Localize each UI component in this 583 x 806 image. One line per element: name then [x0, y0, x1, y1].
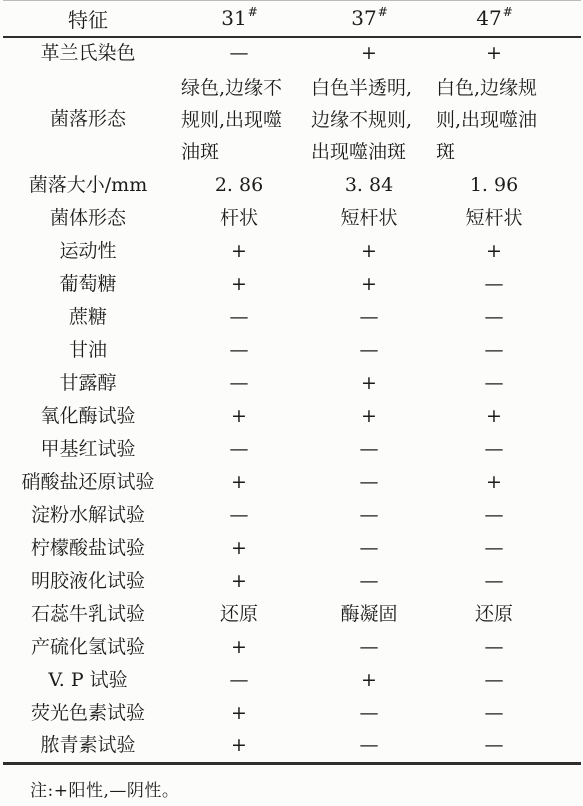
row-label: 蔗糖	[3, 302, 173, 335]
cell-value: —	[433, 500, 581, 533]
cell-text: —	[360, 504, 379, 526]
cell-value: —	[305, 533, 433, 566]
table-row: V. P 试验—+—	[3, 665, 581, 698]
row-label: 柠檬酸盐试验	[3, 533, 173, 566]
table-row: 革兰氏染色—++	[3, 37, 581, 70]
table-row: 产硫化氢试验+——	[3, 632, 581, 665]
cell-value: +	[173, 632, 305, 665]
cell-text: +	[231, 537, 247, 559]
row-label: 甘油	[3, 335, 173, 368]
cell-value: +	[305, 269, 433, 302]
row-label: 运动性	[3, 236, 173, 269]
cell-value: 杆状	[173, 203, 305, 236]
cell-text: —	[360, 702, 379, 724]
cell-text: —	[360, 438, 379, 460]
table-row: 脓青素试验+——	[3, 731, 581, 764]
cell-text: +	[486, 42, 502, 64]
cell-text: —	[360, 339, 379, 361]
cell-text: +	[231, 734, 247, 756]
cell-text: —	[485, 570, 504, 592]
cell-value: —	[433, 302, 581, 335]
cell-value: —	[305, 335, 433, 368]
cell-value: +	[305, 37, 433, 70]
cell-value: 1. 96	[433, 170, 581, 203]
cell-value: —	[173, 335, 305, 368]
cell-value: —	[433, 368, 581, 401]
cell-value: 白色,边缘规则,出现噬油斑	[433, 70, 581, 170]
cell-text: +	[231, 570, 247, 592]
hash-superscript: #	[248, 5, 258, 19]
cell-text: 短杆状	[465, 207, 522, 229]
cell-value: +	[173, 236, 305, 269]
cell-value: —	[433, 434, 581, 467]
cell-value: 还原	[433, 599, 581, 632]
cell-value: 短杆状	[433, 203, 581, 236]
cell-value: —	[305, 467, 433, 500]
cell-text: —	[230, 372, 249, 394]
cell-text: 还原	[475, 603, 513, 625]
cell-text: —	[485, 734, 504, 756]
strain-characteristics-table: 特征 31#37#47# 革兰氏染色—++菌落形态绿色,边缘不规则,出现噬油斑白…	[3, 0, 581, 765]
hash-superscript: #	[378, 5, 388, 19]
cell-value: —	[305, 731, 433, 764]
cell-text: —	[230, 504, 249, 526]
row-label: 革兰氏染色	[3, 37, 173, 70]
cell-text: —	[230, 339, 249, 361]
hash-superscript: #	[503, 5, 513, 19]
cell-text: 绿色,边缘不规则,出现噬油斑	[181, 72, 297, 168]
cell-text: +	[486, 471, 502, 493]
cell-value: —	[305, 500, 433, 533]
cell-text: 短杆状	[340, 207, 397, 229]
cell-text: —	[360, 471, 379, 493]
table-row: 甘油———	[3, 335, 581, 368]
cell-text: —	[360, 537, 379, 559]
cell-text: —	[360, 306, 379, 328]
cell-value: —	[433, 566, 581, 599]
cell-value: —	[433, 632, 581, 665]
table-row: 荧光色素试验+——	[3, 698, 581, 731]
table-body: 革兰氏染色—++菌落形态绿色,边缘不规则,出现噬油斑白色半透明,边缘不规则,出现…	[3, 37, 581, 764]
row-label: 明胶液化试验	[3, 566, 173, 599]
cell-text: 白色,边缘规则,出现噬油斑	[436, 72, 552, 168]
cell-value: —	[305, 434, 433, 467]
paper-page: 特征 31#37#47# 革兰氏染色—++菌落形态绿色,边缘不规则,出现噬油斑白…	[0, 0, 583, 806]
cell-text: 白色半透明,边缘不规则,出现噬油斑	[311, 72, 427, 168]
cell-text: —	[485, 636, 504, 658]
table-note: 注:+阳性,—阴性。	[30, 776, 583, 801]
cell-value: +	[433, 236, 581, 269]
cell-text: +	[361, 372, 377, 394]
cell-text: —	[485, 537, 504, 559]
cell-value: 白色半透明,边缘不规则,出现噬油斑	[305, 70, 433, 170]
strain-number: 31	[221, 6, 246, 30]
cell-text: —	[485, 702, 504, 724]
cell-value: —	[433, 665, 581, 698]
cell-value: —	[433, 698, 581, 731]
cell-value: 3. 84	[305, 170, 433, 203]
row-label: 菌体形态	[3, 203, 173, 236]
cell-text: +	[361, 669, 377, 691]
cell-text: +	[361, 240, 377, 262]
cell-value: +	[305, 236, 433, 269]
cell-text: 2. 86	[215, 174, 263, 196]
row-label: 葡萄糖	[3, 269, 173, 302]
cell-value: +	[173, 401, 305, 434]
table-row: 葡萄糖++—	[3, 269, 581, 302]
cell-text: —	[485, 372, 504, 394]
row-label: 淀粉水解试验	[3, 500, 173, 533]
cell-value: —	[173, 37, 305, 70]
header-strain-47: 47#	[433, 1, 581, 37]
table-row: 菌落大小/mm2. 863. 841. 96	[3, 170, 581, 203]
cell-text: —	[485, 504, 504, 526]
cell-text: 还原	[220, 603, 258, 625]
cell-value: 还原	[173, 599, 305, 632]
strain-number: 47	[476, 6, 501, 30]
cell-value: +	[433, 401, 581, 434]
table-row: 淀粉水解试验———	[3, 500, 581, 533]
row-label: 菌落大小/mm	[3, 170, 173, 203]
cell-text: 3. 84	[345, 174, 393, 196]
cell-text: —	[360, 636, 379, 658]
cell-value: +	[173, 731, 305, 764]
cell-text: —	[485, 339, 504, 361]
row-label: 脓青素试验	[3, 731, 173, 764]
row-label: 石蕊牛乳试验	[3, 599, 173, 632]
table-row: 硝酸盐还原试验+—+	[3, 467, 581, 500]
cell-value: +	[433, 37, 581, 70]
cell-value: +	[305, 401, 433, 434]
cell-text: 1. 96	[470, 174, 518, 196]
cell-text: —	[485, 669, 504, 691]
cell-value: —	[173, 368, 305, 401]
cell-text: +	[231, 273, 247, 295]
cell-value: —	[173, 500, 305, 533]
cell-value: —	[433, 269, 581, 302]
row-label: 氧化酶试验	[3, 401, 173, 434]
cell-text: —	[230, 669, 249, 691]
cell-value: 短杆状	[305, 203, 433, 236]
table-row: 明胶液化试验+——	[3, 566, 581, 599]
cell-text: —	[485, 306, 504, 328]
cell-text: +	[486, 405, 502, 427]
cell-text: 酶凝固	[340, 603, 397, 625]
row-label: V. P 试验	[3, 665, 173, 698]
row-label: 菌落形态	[3, 70, 173, 170]
cell-text: +	[361, 405, 377, 427]
cell-value: —	[433, 335, 581, 368]
cell-value: —	[433, 533, 581, 566]
cell-text: —	[230, 306, 249, 328]
cell-text: +	[231, 240, 247, 262]
cell-text: +	[231, 636, 247, 658]
row-label: 甘露醇	[3, 368, 173, 401]
header-strain-37: 37#	[305, 1, 433, 37]
table-row: 甲基红试验———	[3, 434, 581, 467]
table-row: 菌落形态绿色,边缘不规则,出现噬油斑白色半透明,边缘不规则,出现噬油斑白色,边缘…	[3, 70, 581, 170]
row-label: 产硫化氢试验	[3, 632, 173, 665]
cell-value: 绿色,边缘不规则,出现噬油斑	[173, 70, 305, 170]
cell-text: +	[231, 471, 247, 493]
cell-value: +	[173, 533, 305, 566]
cell-value: —	[173, 434, 305, 467]
cell-value: —	[305, 302, 433, 335]
cell-value: +	[173, 269, 305, 302]
row-label: 甲基红试验	[3, 434, 173, 467]
cell-value: +	[305, 368, 433, 401]
table-row: 氧化酶试验+++	[3, 401, 581, 434]
table-row: 柠檬酸盐试验+——	[3, 533, 581, 566]
header-feature: 特征	[3, 1, 173, 37]
cell-value: —	[305, 632, 433, 665]
table-row: 蔗糖———	[3, 302, 581, 335]
table-row: 石蕊牛乳试验还原酶凝固还原	[3, 599, 581, 632]
cell-text: —	[230, 438, 249, 460]
cell-text: +	[231, 405, 247, 427]
cell-value: +	[173, 467, 305, 500]
cell-value: +	[173, 566, 305, 599]
cell-text: —	[360, 570, 379, 592]
cell-value: +	[173, 698, 305, 731]
row-label: 硝酸盐还原试验	[3, 467, 173, 500]
cell-value: —	[305, 698, 433, 731]
cell-text: +	[231, 702, 247, 724]
cell-text: +	[361, 273, 377, 295]
cell-value: —	[433, 731, 581, 764]
table-row: 运动性+++	[3, 236, 581, 269]
cell-text: —	[230, 42, 249, 64]
cell-text: +	[361, 42, 377, 64]
cell-value: 2. 86	[173, 170, 305, 203]
cell-text: 杆状	[220, 207, 258, 229]
cell-value: +	[305, 665, 433, 698]
cell-value: 酶凝固	[305, 599, 433, 632]
cell-value: —	[173, 665, 305, 698]
table-row: 菌体形态杆状短杆状短杆状	[3, 203, 581, 236]
table-row: 甘露醇—+—	[3, 368, 581, 401]
cell-value: —	[173, 302, 305, 335]
cell-text: +	[486, 240, 502, 262]
row-label: 荧光色素试验	[3, 698, 173, 731]
cell-text: —	[485, 438, 504, 460]
header-strain-31: 31#	[173, 1, 305, 37]
cell-text: —	[360, 734, 379, 756]
cell-value: +	[433, 467, 581, 500]
header-row: 特征 31#37#47#	[3, 1, 581, 37]
cell-value: —	[305, 566, 433, 599]
cell-text: —	[485, 273, 504, 295]
strain-number: 37	[351, 6, 376, 30]
